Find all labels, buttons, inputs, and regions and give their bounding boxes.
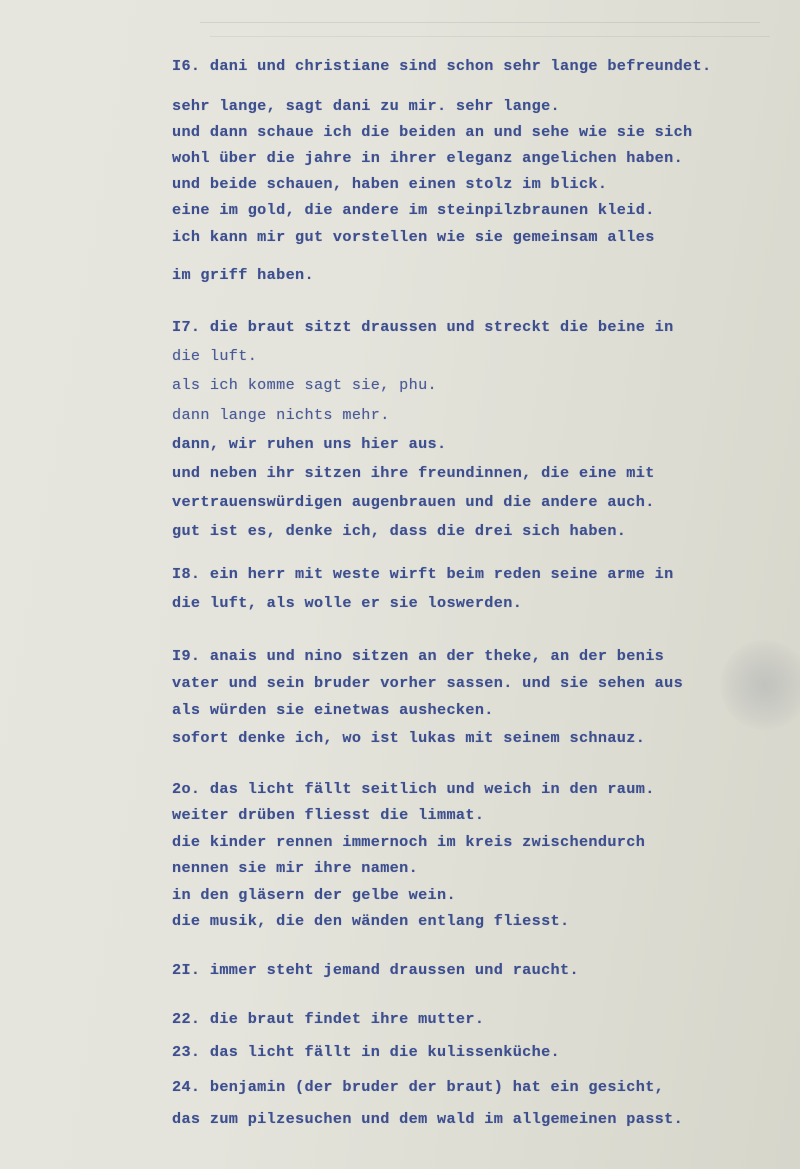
show-through-text [210,36,770,37]
entry-21-line-1: 2I. immer steht jemand draussen und rauc… [172,961,579,979]
entry-20-line-3: die kinder rennen immernoch im kreis zwi… [172,833,645,851]
entry-17-line-2: die luft. [172,347,257,365]
entry-20-line-2: weiter drüben fliesst die limmat. [172,806,484,824]
entry-16-line-8: im griff haben. [172,266,314,284]
entry-17-line-6: und neben ihr sitzen ihre freundinnen, d… [172,464,655,482]
entry-17-line-8: gut ist es, denke ich, dass die drei sic… [172,522,626,540]
entry-16-line-4: wohl über die jahre in ihrer eleganz ang… [172,149,683,167]
entry-17-line-5: dann, wir ruhen uns hier aus. [172,435,446,453]
entry-23-line-1: 23. das licht fällt in die kulissenküche… [172,1043,560,1061]
entry-16-line-7: ich kann mir gut vorstellen wie sie geme… [172,228,655,246]
entry-18-line-2: die luft, als wolle er sie loswerden. [172,594,522,612]
entry-19-line-1: I9. anais und nino sitzen an der theke, … [172,647,664,665]
entry-20-line-5: in den gläsern der gelbe wein. [172,886,456,904]
entry-16-line-1: I6. dani und christiane sind schon sehr … [172,57,711,75]
entry-16-line-5: und beide schauen, haben einen stolz im … [172,175,607,193]
entry-17-line-3: als ich komme sagt sie, phu. [172,376,437,394]
entry-17-line-1: I7. die braut sitzt draussen und streckt… [172,318,674,336]
entry-24-line-1: 24. benjamin (der bruder der braut) hat … [172,1078,664,1096]
entry-18-line-1: I8. ein herr mit weste wirft beim reden … [172,565,674,583]
entry-20-line-6: die musik, die den wänden entlang fliess… [172,912,570,930]
show-through-text [200,22,760,23]
entry-20-line-4: nennen sie mir ihre namen. [172,859,418,877]
entry-19-line-2: vater und sein bruder vorher sassen. und… [172,674,683,692]
entry-16-line-6: eine im gold, die andere im steinpilzbra… [172,201,655,219]
entry-24-line-2: das zum pilzesuchen und dem wald im allg… [172,1110,683,1128]
entry-19-line-3: als würden sie einetwas aushecken. [172,701,494,719]
entry-17-line-7: vertrauenswürdigen augenbrauen und die a… [172,493,655,511]
entry-19-line-4: sofort denke ich, wo ist lukas mit seine… [172,729,645,747]
typewritten-page: I6. dani und christiane sind schon sehr … [0,0,800,1169]
entry-20-line-1: 2o. das licht fällt seitlich und weich i… [172,780,655,798]
entry-17-line-4: dann lange nichts mehr. [172,406,390,424]
entry-16-line-2: sehr lange, sagt dani zu mir. sehr lange… [172,97,560,115]
fingerprint-smudge [720,640,800,730]
entry-16-line-3: und dann schaue ich die beiden an und se… [172,123,693,141]
entry-22-line-1: 22. die braut findet ihre mutter. [172,1010,484,1028]
